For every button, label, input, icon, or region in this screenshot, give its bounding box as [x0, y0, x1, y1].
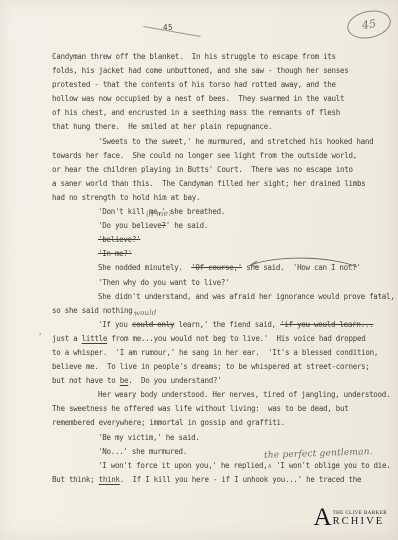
typed-text: ' he said.	[166, 221, 208, 230]
typed-text: Candyman threw off the blanket. In his s…	[52, 52, 336, 61]
manuscript-line: had no strength to hold him at bay.	[52, 191, 382, 205]
typed-text: that hung there. He smiled at her plain …	[52, 122, 272, 131]
typed-text: believe me. To live in people's dreams; …	[52, 362, 370, 371]
manuscript-line: 'just a little from me...you would not b…	[52, 332, 382, 346]
typed-text: could only	[132, 320, 174, 329]
manuscript-line: remembered everywhere; immortal in gossi…	[52, 416, 382, 430]
manuscript-line: 'Then why do you want to live?'	[52, 276, 382, 290]
typed-text: 'No...' she murmured.	[98, 447, 187, 456]
manuscript-line: folds, his jacket had come unbuttoned, a…	[52, 64, 382, 78]
manuscript-line: of his chest, and encrusted in a seethin…	[52, 106, 382, 120]
manuscript-line: 'Do you believein me??' he said.	[52, 219, 382, 233]
typed-text: The sweetness he offered was life withou…	[52, 404, 348, 413]
typed-text: hollow was now occupied by a nest of bee…	[52, 94, 344, 103]
manuscript-line: But think; think. If I kill you here - i…	[52, 473, 382, 487]
typed-text: towards her face. She could no longer se…	[52, 151, 357, 160]
manuscript-line: a saner world than this. The Candyman fi…	[52, 177, 382, 191]
typed-text: of his chest, and encrusted in a seethin…	[52, 108, 340, 117]
typed-text: 'In me?'	[98, 249, 132, 258]
typed-text: 'I won't force it upon you,' he replied,	[98, 461, 267, 470]
manuscript-lines: Candyman threw off the blanket. In his s…	[52, 50, 382, 487]
handwritten-circled-page-number: 45	[345, 7, 394, 43]
manuscript-line: 'If you wouldcould only learn,' the fien…	[52, 318, 382, 332]
manuscript-line: hollow was now occupied by a nest of bee…	[52, 92, 382, 106]
manuscript-line: The sweetness he offered was life withou…	[52, 402, 382, 416]
manuscript-line: 'I won't force it upon you,' he replied,…	[52, 459, 382, 473]
typed-text: 'Sweets to the sweet,' he murmured, and …	[98, 137, 373, 146]
manuscript-line: but not have to be. Do you understand?'	[52, 374, 382, 388]
typed-text: to a whisper. 'I am rumour,' he sang in …	[52, 348, 378, 357]
manuscript-page: 45 45 Candyman threw off the blanket. In…	[0, 0, 398, 540]
manuscript-line: so she said nothing.	[52, 304, 382, 318]
archive-logo-bottom-line: RCHIVE	[333, 517, 387, 528]
typed-text: . Do you understand?'	[128, 376, 221, 385]
typed-text: protested - that the contents of his tor…	[52, 80, 336, 89]
manuscript-line: 'Be my victim,' he said.	[52, 431, 382, 445]
typed-text: 'Be my victim,' he said.	[98, 433, 200, 442]
manuscript-line: 'Don't kill me,' she breathed.	[52, 205, 382, 219]
archive-logo-initial: A	[314, 508, 332, 528]
typed-text: be	[120, 376, 128, 385]
typed-text: She nodded minutely.	[98, 263, 191, 272]
typed-text: . If I kill you here - if I unhook you..…	[120, 475, 361, 484]
manuscript-line: 'Sweets to the sweet,' he murmured, and …	[52, 135, 382, 149]
typed-text: She didn't understand, and was afraid he…	[98, 292, 394, 301]
manuscript-line: that hung there. He smiled at her plain …	[52, 120, 382, 134]
typed-text: 'if you would learn...	[280, 320, 373, 329]
manuscript-line: to a whisper. 'I am rumour,' he sang in …	[52, 346, 382, 360]
typed-text: remembered everywhere; immortal in gossi…	[52, 418, 285, 427]
manuscript-line: or hear the children playing in Butts' C…	[52, 163, 382, 177]
typed-text: folds, his jacket had come unbuttoned, a…	[52, 66, 348, 75]
handwritten-page-number-text: 45	[361, 17, 377, 32]
handwritten-annotation: would	[134, 305, 157, 320]
typed-text: but not have to	[52, 376, 120, 385]
manuscript-line: Candyman threw off the blanket. In his s…	[52, 50, 382, 64]
typed-text: so she said nothing.	[52, 306, 137, 315]
typed-text: But think;	[52, 475, 99, 484]
typed-text: or hear the children playing in Butts' C…	[52, 165, 353, 174]
typed-text: 'Do you believe	[98, 221, 162, 230]
typed-text: 'Of course,'	[191, 263, 242, 272]
typed-text: had no strength to hold him at bay.	[52, 193, 200, 202]
margin-tick-annotation: '	[39, 330, 41, 344]
typed-text: a saner world than this. The Candyman fi…	[52, 179, 365, 188]
manuscript-line: towards her face. She could no longer se…	[52, 149, 382, 163]
handwritten-annotation: in me?	[145, 207, 172, 222]
archive-logo: A THE CLIVE BARKER RCHIVE	[314, 508, 387, 528]
manuscript-line: She didn't understand, and was afraid he…	[52, 290, 382, 304]
typed-text: 'If you	[98, 320, 132, 329]
typed-text: from me...you would not beg to live.' Hi…	[107, 334, 365, 343]
typed-text: learn,' the fiend said,	[174, 320, 280, 329]
typed-text: just a	[52, 334, 82, 343]
typed-text: think	[99, 475, 120, 484]
manuscript-line: Her weary body understood. Her nerves, t…	[52, 388, 382, 402]
manuscript-line: She nodded minutely. 'Of course,' she sa…	[52, 261, 382, 275]
manuscript-line: believe me. To live in people's dreams; …	[52, 360, 382, 374]
typed-text: 'believe?'	[98, 235, 140, 244]
manuscript-line: 'believe?'	[52, 233, 382, 247]
typed-text: Her weary body understood. Her nerves, t…	[98, 390, 390, 399]
manuscript-line: protested - that the contents of his tor…	[52, 78, 382, 92]
typed-text: little	[82, 334, 107, 343]
typed-text: 'Then why do you want to live?'	[98, 278, 229, 287]
